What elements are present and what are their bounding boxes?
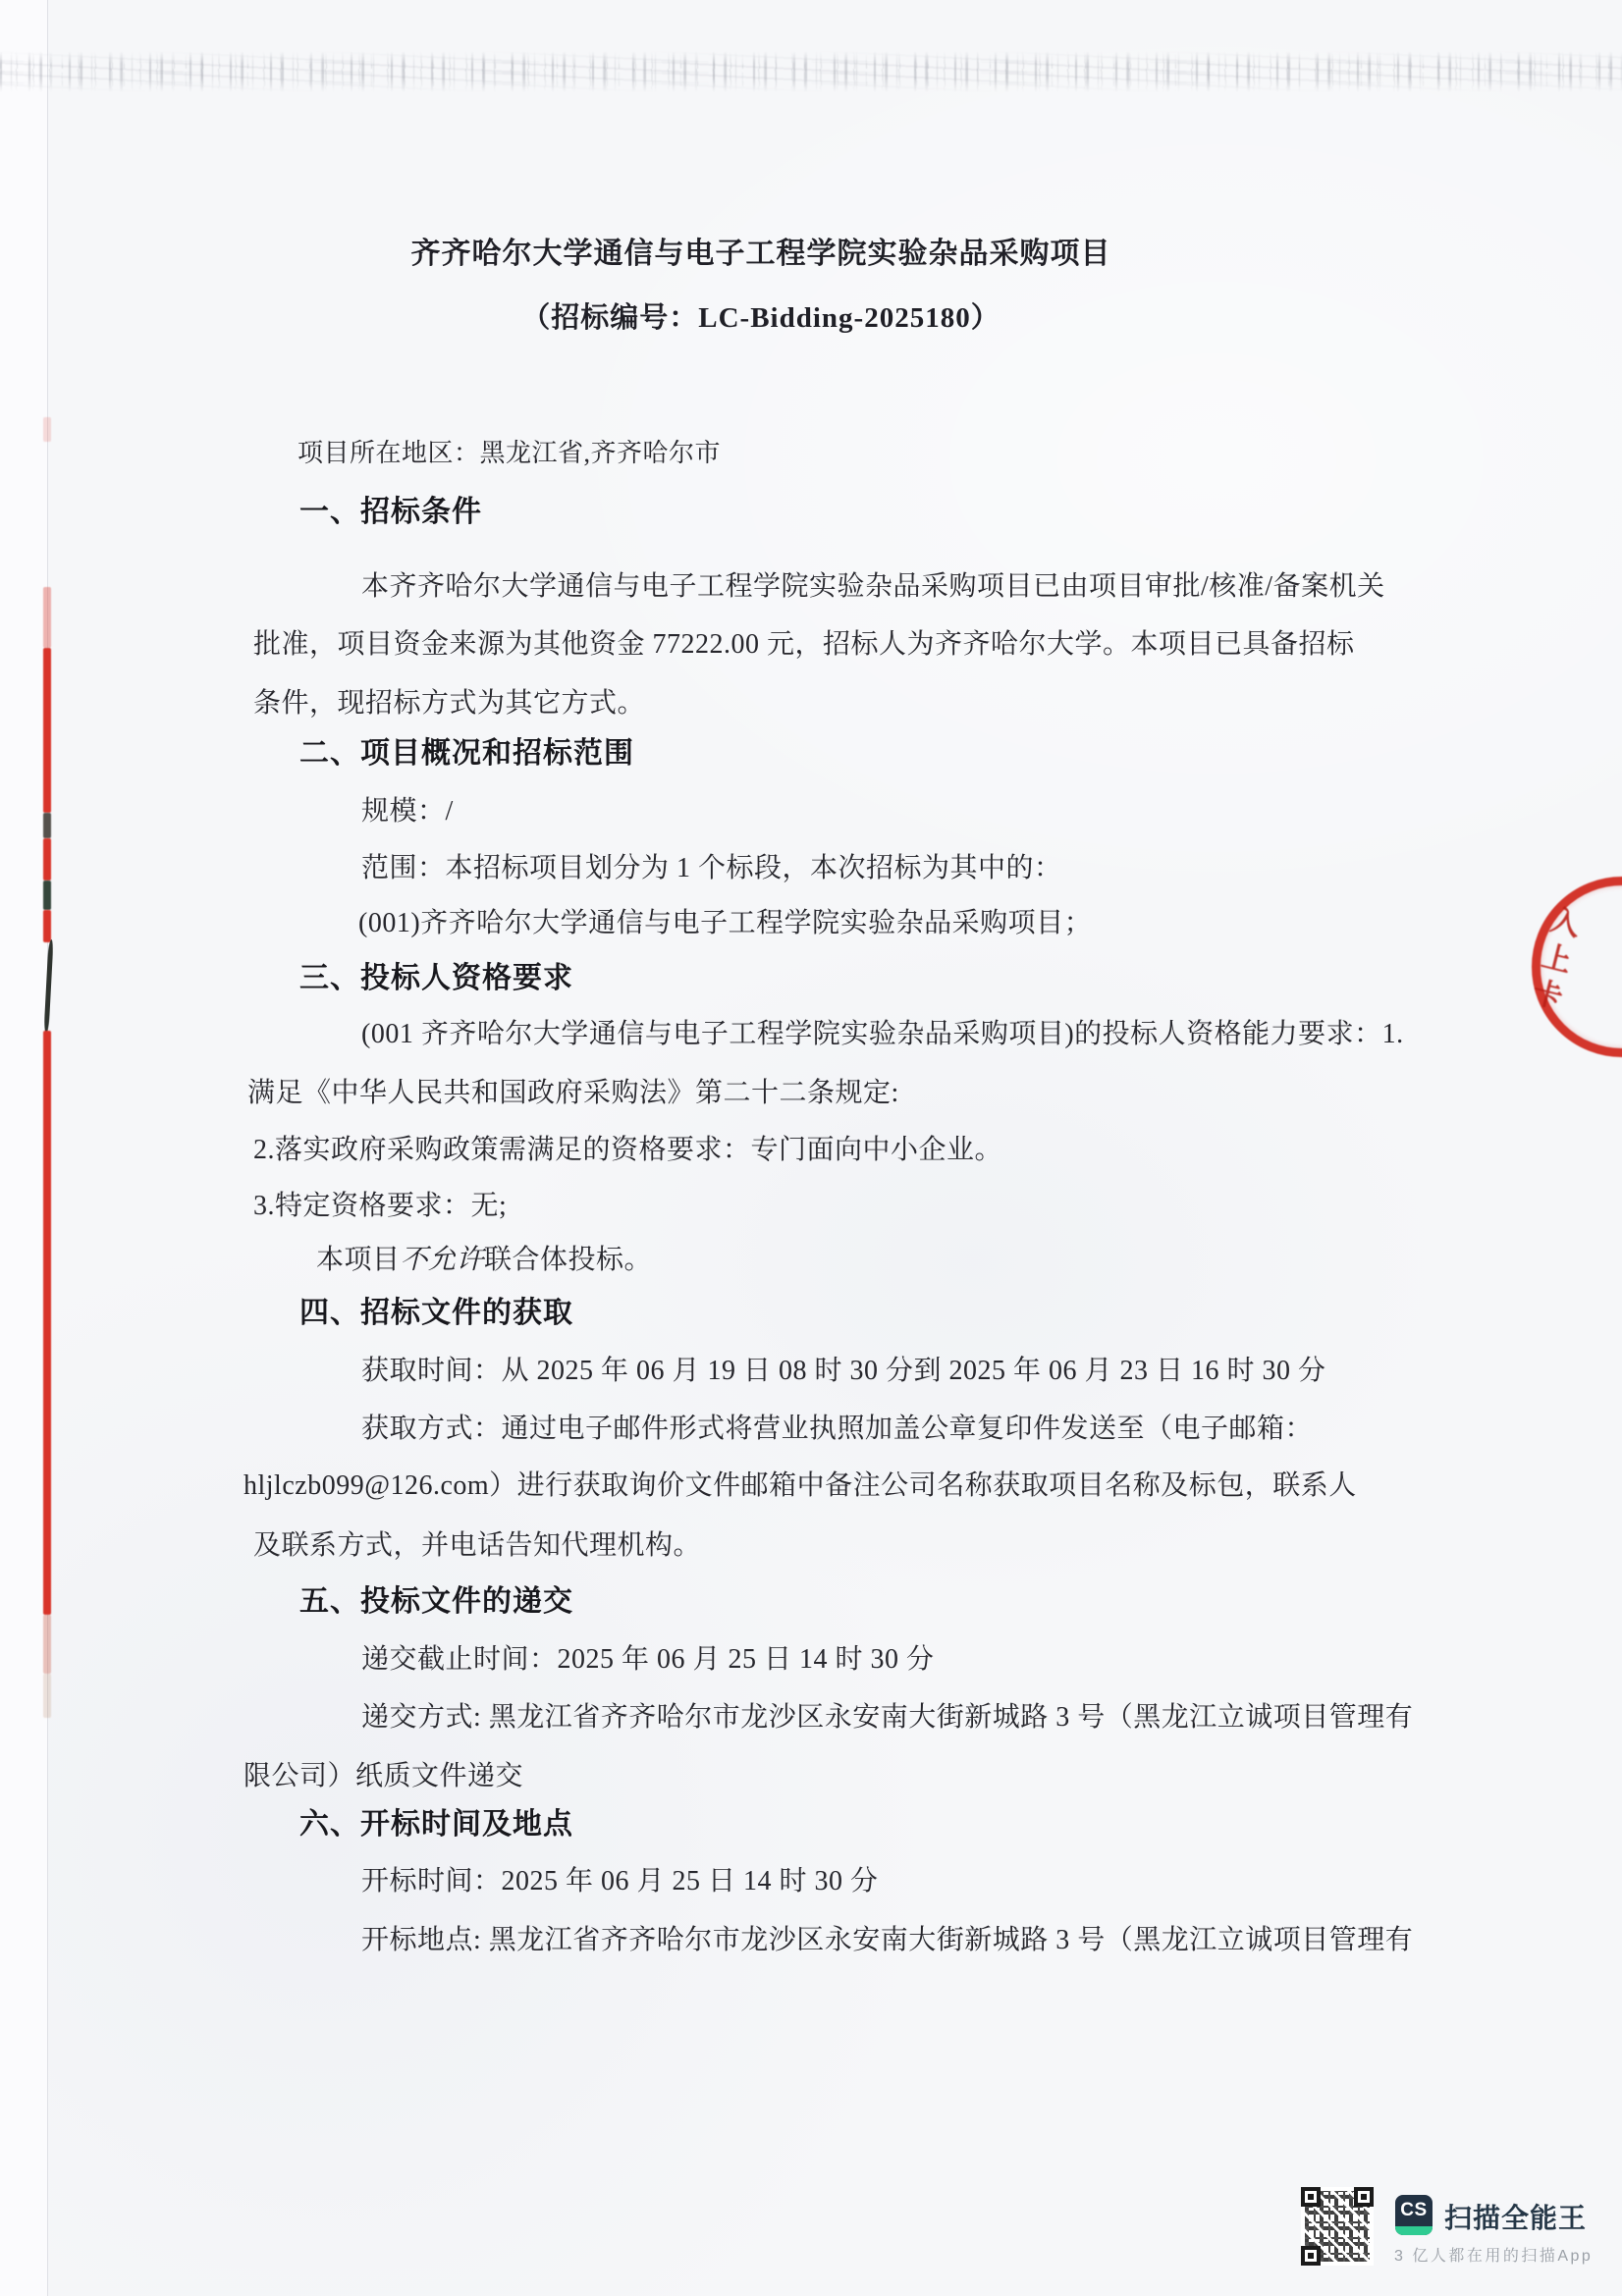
dark-edge-mark	[43, 813, 51, 838]
camscanner-logo-text: CS	[1395, 2195, 1433, 2226]
doc-line: 开标地点: 黑龙江省齐齐哈尔市龙沙区永安南大街新城路 3 号（黑龙江立诚项目管理…	[361, 1924, 1413, 1957]
section-heading-2: 二、项目概况和招标范围	[299, 736, 634, 772]
red-edge-mark	[43, 1674, 51, 1718]
qr-finder-icon	[1354, 2187, 1374, 2207]
camscanner-logo-accent	[1395, 2226, 1433, 2235]
doc-line: 批准，项目资金来源为其他资金 77222.00 元，招标人为齐齐哈尔大学。本项目…	[253, 628, 1355, 662]
section-heading-3: 三、投标人资格要求	[299, 961, 573, 996]
doc-line: 递交截止时间：2025 年 06 月 25 日 14 时 30 分	[361, 1643, 935, 1677]
qr-code-icon	[1301, 2187, 1374, 2266]
red-edge-mark	[43, 910, 51, 942]
joint-bid-prefix: 本项目	[316, 1245, 401, 1275]
doc-line: 递交方式: 黑龙江省齐齐哈尔市龙沙区永安南大街新城路 3 号（黑龙江立诚项目管理…	[361, 1701, 1413, 1735]
doc-line: hljlczb099@126.com）进行获取询价文件邮箱中备注公司名称获取项目…	[243, 1469, 1357, 1503]
doc-line: 条件，现招标方式为其它方式。	[253, 687, 645, 721]
scanner-app-name: 扫描全能王	[1444, 2197, 1587, 2236]
section-heading-4: 四、招标文件的获取	[299, 1296, 573, 1331]
bid-number-line: （招标编号：LC-Bidding-2025180）	[147, 301, 1375, 336]
qr-finder-icon	[1301, 2246, 1321, 2266]
doc-line: 满足《中华人民共和国政府采购法》第二十二条规定:	[247, 1077, 899, 1110]
red-edge-mark	[43, 417, 51, 442]
section-heading-5: 五、投标文件的递交	[299, 1584, 573, 1620]
section-heading-6: 六、开标时间及地点	[299, 1807, 573, 1842]
doc-line: 3.特定资格要求：无;	[253, 1190, 507, 1223]
doc-line: 获取方式：通过电子邮件形式将营业执照加盖公章复印件发送至（电子邮箱：	[361, 1413, 1313, 1446]
joint-bid-suffix: 联合体投标。	[484, 1245, 652, 1275]
red-edge-mark	[43, 648, 51, 813]
doc-line: (001 齐齐哈尔大学通信与电子工程学院实验杂品采购项目)的投标人资格能力要求：…	[361, 1018, 1404, 1051]
scan-margin	[0, 0, 47, 2296]
red-edge-mark	[43, 838, 51, 881]
document-title: 齐齐哈尔大学通信与电子工程学院实验杂品采购项目	[147, 237, 1375, 272]
doc-line: 获取时间：从 2025 年 06 月 19 日 08 时 30 分到 2025 …	[361, 1355, 1326, 1388]
doc-line: 开标时间：2025 年 06 月 25 日 14 时 30 分	[361, 1865, 879, 1898]
joint-bid-line: 本项目不允许联合体投标。	[316, 1244, 652, 1277]
red-edge-mark	[43, 587, 51, 648]
doc-line: 2.落实政府采购政策需满足的资格要求：专门面向中小企业。	[253, 1134, 1002, 1167]
joint-bid-emphasis: 不允许	[401, 1245, 485, 1275]
doc-line: 规模：/	[361, 795, 454, 828]
scanner-noise-band	[0, 51, 1622, 92]
doc-line: 本齐齐哈尔大学通信与电子工程学院实验杂品采购项目已由项目审批/核准/备案机关	[361, 570, 1385, 604]
red-edge-mark	[43, 1615, 51, 1674]
doc-line: 限公司）纸质文件递交	[243, 1760, 523, 1793]
doc-line: 及联系方式，并电话告知代理机构。	[253, 1529, 701, 1563]
section-heading-1: 一、招标条件	[299, 495, 482, 530]
doc-line: (001)齐齐哈尔大学通信与电子工程学院实验杂品采购项目；	[358, 907, 1092, 940]
red-edge-mark	[43, 1031, 51, 1615]
qr-finder-icon	[1301, 2187, 1321, 2207]
scanned-document-page: 齐齐哈尔大学通信与电子工程学院实验杂品采购项目 （招标编号：LC-Bidding…	[0, 0, 1622, 2296]
scanner-app-tagline: 3 亿人都在用的扫描App	[1394, 2243, 1593, 2266]
project-location-line: 项目所在地区：黑龙江省,齐齐哈尔市	[297, 438, 721, 468]
camscanner-logo-icon: CS	[1395, 2195, 1433, 2235]
doc-line: 范围：本招标项目划分为 1 个标段，本次招标为其中的：	[361, 852, 1062, 885]
green-edge-mark	[43, 881, 51, 910]
